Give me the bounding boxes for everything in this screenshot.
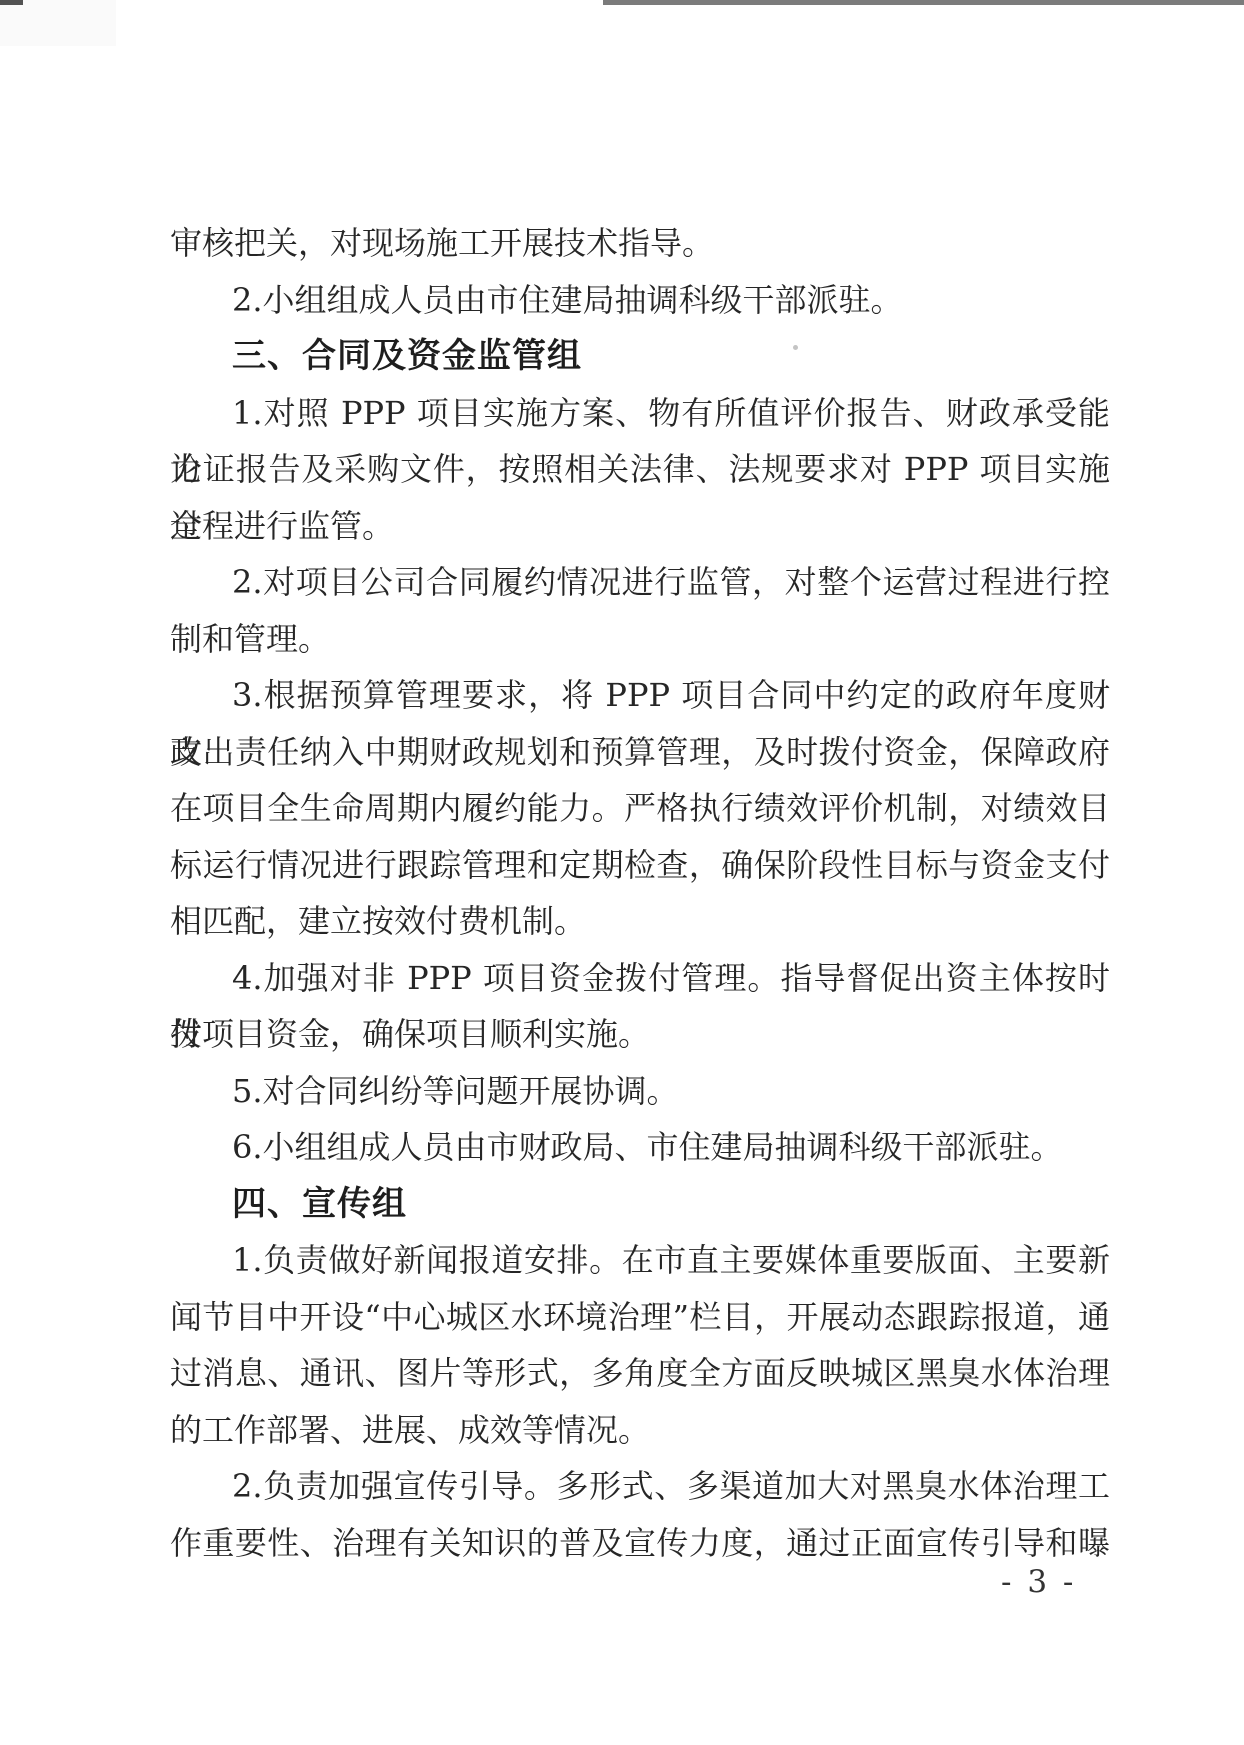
document-line: 5.对合同纠纷等问题开展协调。 [170,1063,1110,1120]
document-line: 在项目全生命周期内履约能力。严格执行绩效评价机制，对绩效目 [170,780,1110,837]
document-body: 审核把关，对现场施工开展技术指导。2.小组组成人员由市住建局抽调科级干部派驻。三… [170,215,1110,1571]
document-line: 标运行情况进行跟踪管理和定期检查，确保阶段性目标与资金支付 [170,837,1110,894]
document-line: 过程进行监管。 [170,498,1110,555]
document-line: 审核把关，对现场施工开展技术指导。 [170,215,1110,272]
document-line: 2.对项目公司合同履约情况进行监管，对整个运营过程进行控 [170,554,1110,611]
document-line: 4.加强对非 PPP 项目资金拨付管理。指导督促出资主体按时拨 [170,950,1110,1007]
document-line: 2.小组组成人员由市住建局抽调科级干部派驻。 [170,272,1110,329]
document-line: 1.对照 PPP 项目实施方案、物有所值评价报告、财政承受能力 [170,385,1110,442]
scan-artifact-corner-mark [0,0,23,5]
document-page: 审核把关，对现场施工开展技术指导。2.小组组成人员由市住建局抽调科级干部派驻。三… [0,0,1244,1745]
scan-artifact-corner-smudge [0,0,116,46]
document-line: 3.根据预算管理要求，将 PPP 项目合同中约定的政府年度财政 [170,667,1110,724]
document-line: 制和管理。 [170,611,1110,668]
document-line: 的工作部署、进展、成效等情况。 [170,1402,1110,1459]
document-line: 支出责任纳入中期财政规划和预算管理，及时拨付资金，保障政府 [170,724,1110,781]
document-line: 三、合同及资金监管组 [170,328,1110,385]
document-line: 相匹配，建立按效付费机制。 [170,893,1110,950]
document-line: 过消息、通讯、图片等形式，多角度全方面反映城区黑臭水体治理 [170,1345,1110,1402]
document-line: 闻节目中开设“中心城区水环境治理”栏目，开展动态跟踪报道，通 [170,1289,1110,1346]
document-line: 6.小组组成人员由市财政局、市住建局抽调科级干部派驻。 [170,1119,1110,1176]
document-line: 作重要性、治理有关知识的普及宣传力度，通过正面宣传引导和曝 [170,1515,1110,1572]
document-line: 四、宣传组 [170,1176,1110,1233]
document-line: 论证报告及采购文件，按照相关法律、法规要求对 PPP 项目实施全 [170,441,1110,498]
document-line: 付项目资金，确保项目顺利实施。 [170,1006,1110,1063]
scan-artifact-top-bar [603,0,1244,5]
document-line: 1.负责做好新闻报道安排。在市直主要媒体重要版面、主要新 [170,1232,1110,1289]
page-number: - 3 - [1001,1564,1076,1600]
document-line: 2.负责加强宣传引导。多形式、多渠道加大对黑臭水体治理工 [170,1458,1110,1515]
